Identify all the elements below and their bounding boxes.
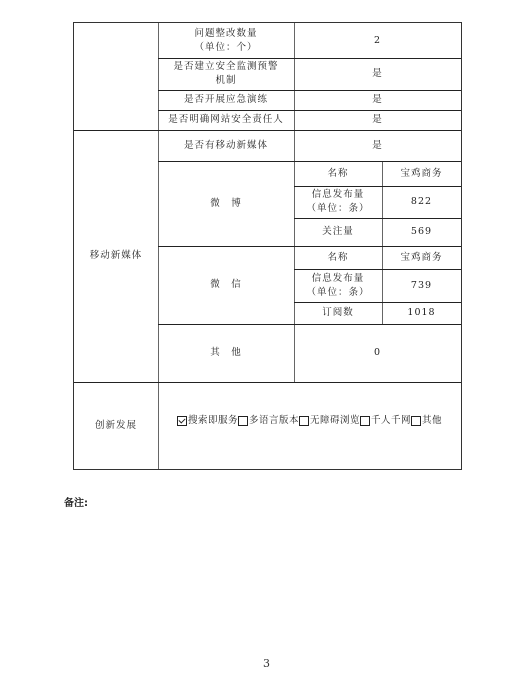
weibo-posts-value: 822 (382, 186, 461, 218)
label-text-cont: 机制 (215, 74, 236, 88)
label-has-mobile-media: 是否有移动新媒体 (158, 130, 294, 161)
label-wechat: 微 信 (158, 246, 294, 324)
label-text: 是否建立安全监测预警 (173, 60, 278, 74)
value-monitoring-mechanism: 是 (294, 58, 461, 90)
innovation-checkbox-group: 搜索即服务 多语言版本 无障碍浏览 千人千网 其他 (177, 414, 442, 428)
document-page: 问题整改数量 （单位：个） 2 是否建立安全监测预警 机制 是 是否开展应急演练… (0, 0, 530, 694)
value-emergency-drill: 是 (294, 90, 461, 110)
label-unit: （单位：条） (306, 202, 369, 216)
checkbox-multilingual[interactable] (238, 416, 248, 426)
option-label: 无障碍浏览 (310, 414, 360, 428)
checkbox-search-service[interactable] (177, 416, 187, 426)
innovation-options: 搜索即服务 多语言版本 无障碍浏览 千人千网 其他 (158, 382, 461, 469)
checkbox-other[interactable] (411, 416, 421, 426)
option-label: 其他 (422, 414, 442, 428)
label-text: 信息发布量 (312, 188, 365, 202)
weibo-name-value: 宝鸡商务 (382, 161, 461, 186)
page-number: 3 (263, 657, 270, 670)
weibo-followers-value: 569 (382, 218, 461, 246)
weibo-posts-label: 信息发布量 （单位：条） (294, 186, 382, 218)
label-emergency-drill: 是否开展应急演练 (158, 90, 294, 110)
section-label-mobile-media: 移动新媒体 (74, 130, 158, 382)
weibo-name-label: 名称 (294, 161, 382, 186)
value-has-mobile-media: 是 (294, 130, 461, 161)
label-issue-count: 问题整改数量 （单位：个） (158, 23, 294, 58)
wechat-subscribers-label: 订阅数 (294, 302, 382, 324)
weibo-followers-label: 关注量 (294, 218, 382, 246)
report-table: 问题整改数量 （单位：个） 2 是否建立安全监测预警 机制 是 是否开展应急演练… (73, 22, 462, 470)
option-label: 千人千网 (371, 414, 411, 428)
value-security-officer: 是 (294, 110, 461, 130)
remark-label: 备注: (64, 494, 88, 509)
label-monitoring-mechanism: 是否建立安全监测预警 机制 (158, 58, 294, 90)
label-security-officer: 是否明确网站安全责任人 (158, 110, 294, 130)
checkbox-personalized[interactable] (360, 416, 370, 426)
wechat-posts-label: 信息发布量 （单位：条） (294, 269, 382, 302)
value-other-media: 0 (294, 324, 461, 382)
label-weibo: 微 博 (158, 161, 294, 246)
label-unit: （单位：个） (194, 41, 257, 55)
wechat-name-value: 宝鸡商务 (382, 246, 461, 269)
label-other-media: 其 他 (158, 324, 294, 382)
value-issue-count: 2 (294, 23, 461, 58)
section-label-innovation: 创新发展 (74, 382, 158, 469)
wechat-name-label: 名称 (294, 246, 382, 269)
wechat-subscribers-value: 1018 (382, 302, 461, 324)
label-text: 问题整改数量 (194, 27, 257, 41)
label-text: 信息发布量 (312, 272, 365, 286)
option-label: 多语言版本 (249, 414, 299, 428)
checkbox-accessibility[interactable] (299, 416, 309, 426)
label-unit: （单位：条） (306, 286, 369, 300)
option-label: 搜索即服务 (188, 414, 238, 428)
wechat-posts-value: 739 (382, 269, 461, 302)
